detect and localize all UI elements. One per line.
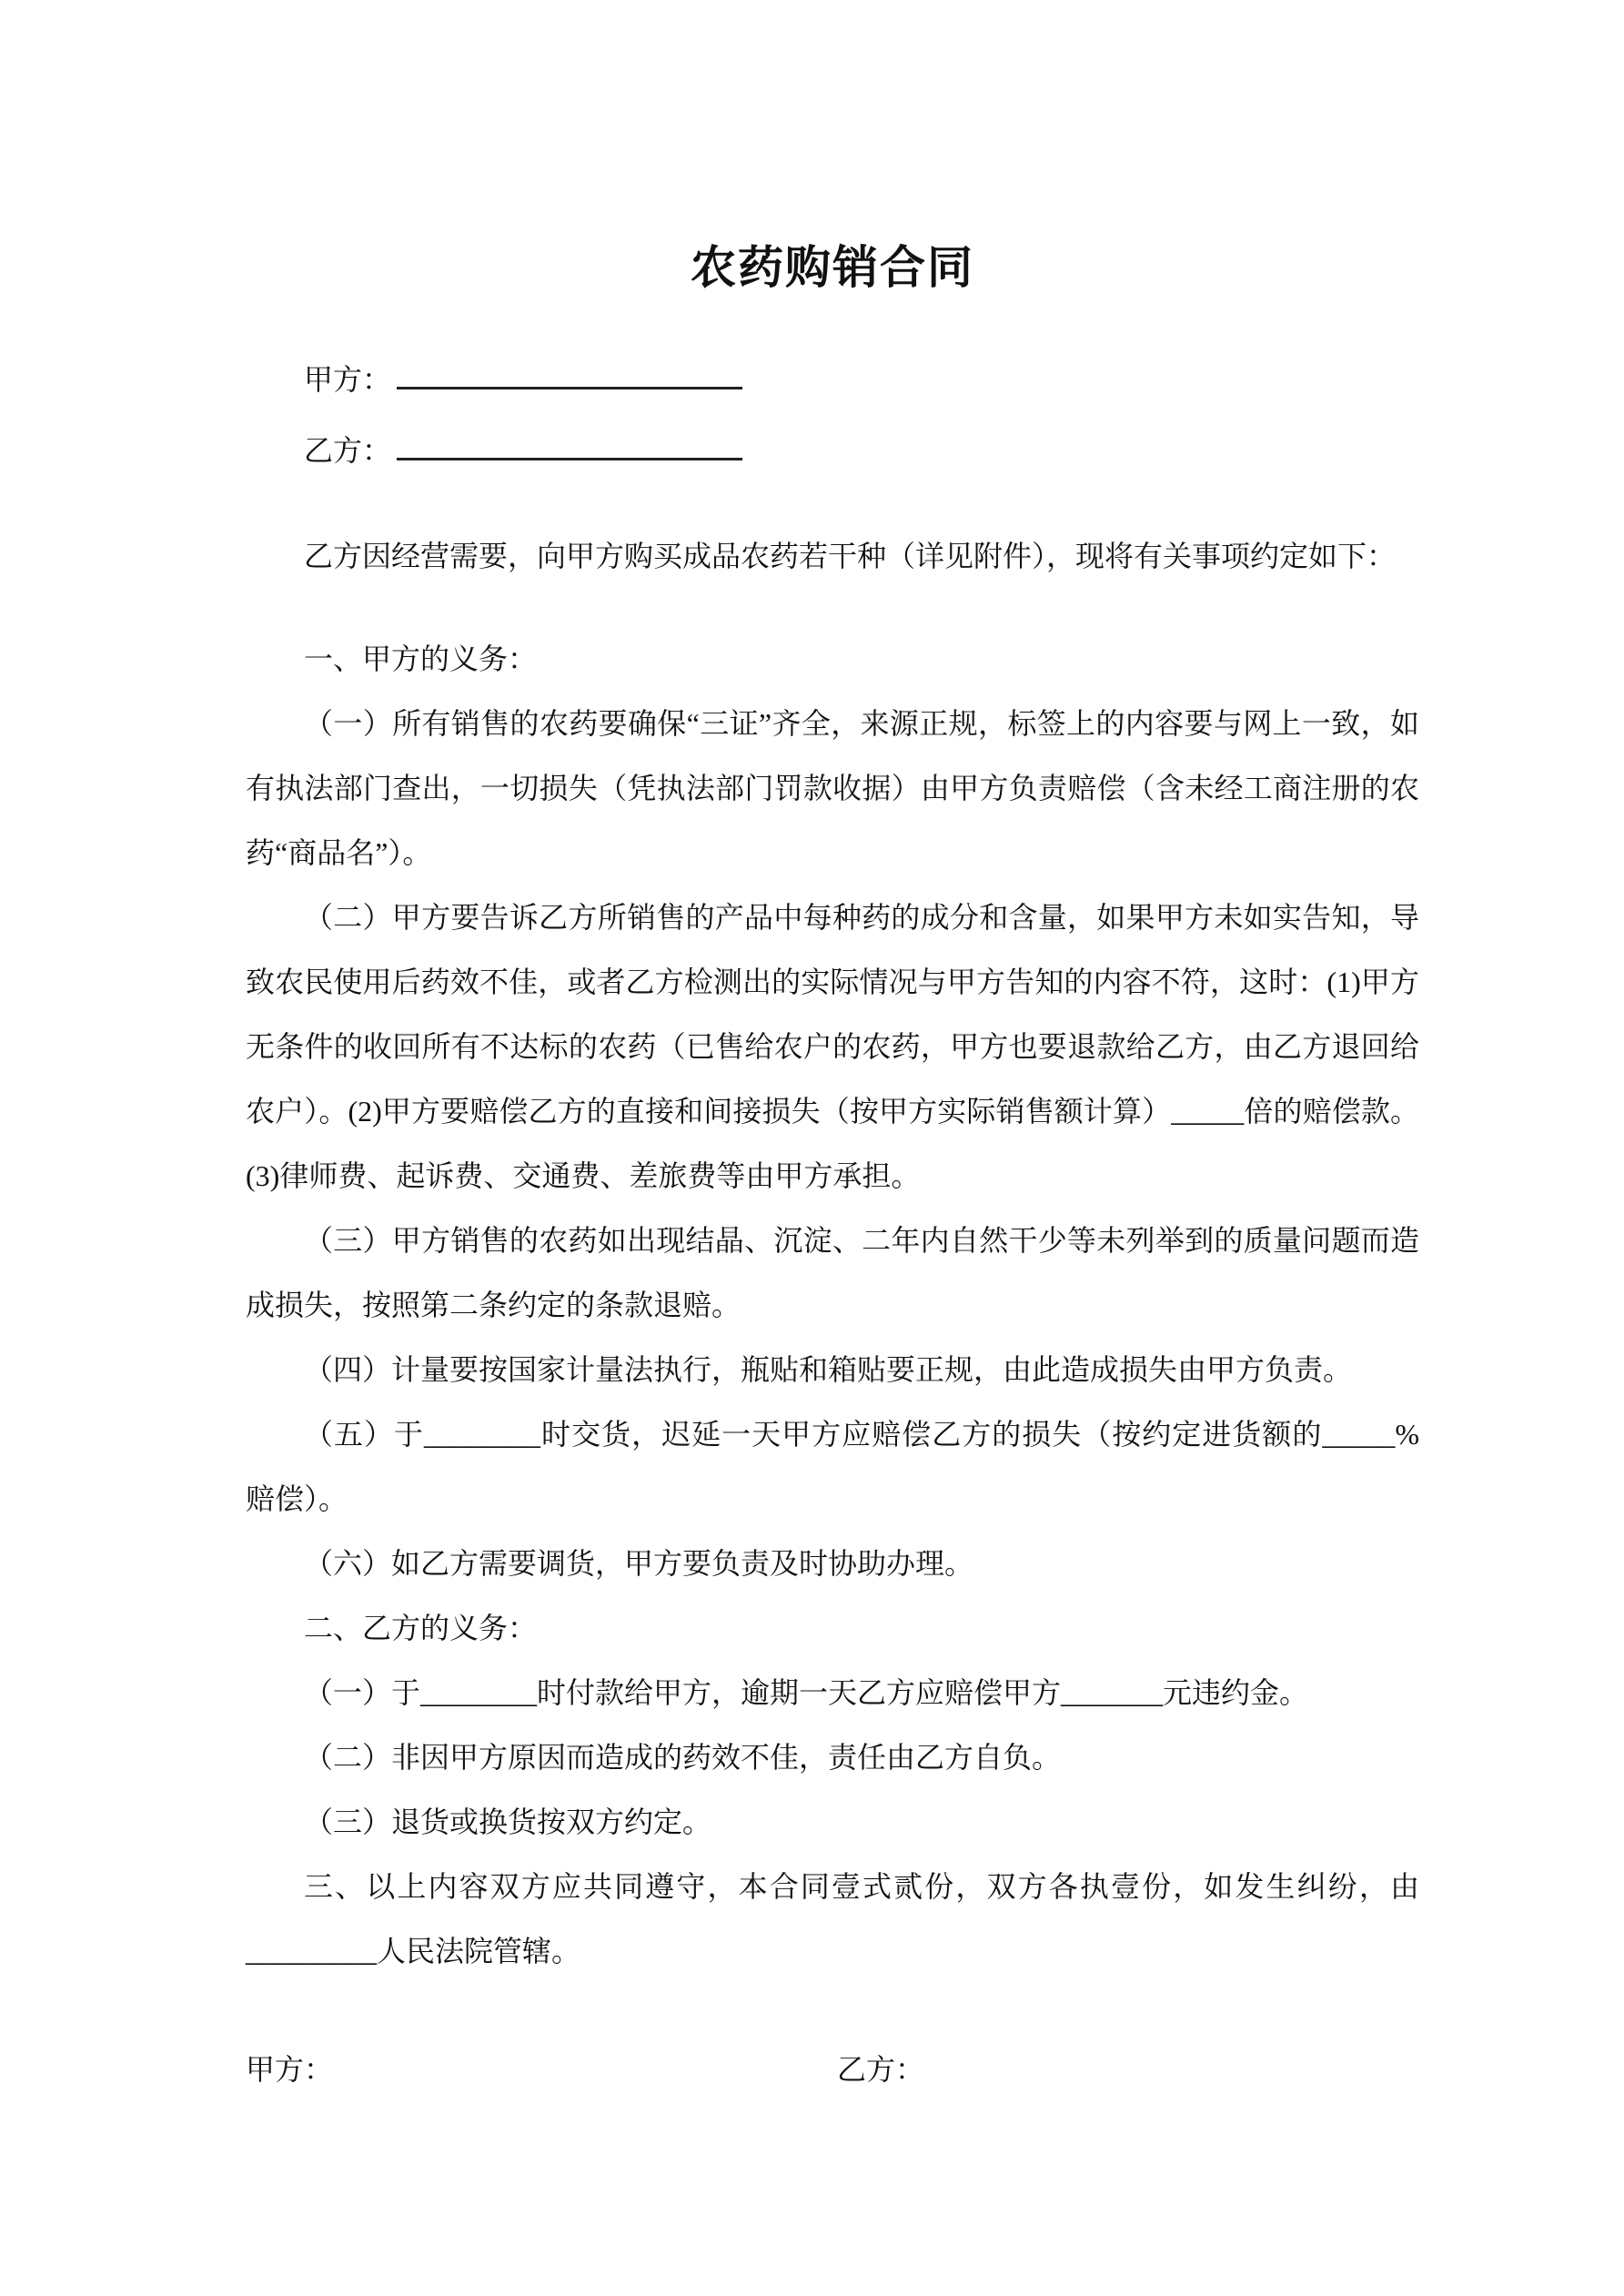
page-title: 农药购销合同 — [246, 235, 1419, 300]
signature-line: 甲方： 乙方： — [246, 2037, 1419, 2102]
party-a-line: 甲方： — [304, 344, 1419, 415]
section1-heading: 一、甲方的义务： — [246, 627, 1419, 692]
party-a-blank-field[interactable] — [397, 356, 742, 389]
footer-party-a-label: 甲方： — [246, 2037, 837, 2102]
section1-item-1: （一）所有销售的农药要确保“三证”齐全，来源正规，标签上的内容要与网上一致，如有… — [246, 692, 1419, 885]
section2-item-3: （三）退货或换货按双方约定。 — [246, 1790, 1419, 1855]
section1-item-2: （二）甲方要告诉乙方所销售的产品中每种药的成分和含量，如果甲方未如实告知，导致农… — [246, 885, 1419, 1209]
party-b-label: 乙方： — [304, 434, 391, 467]
section1-item-6: （六）如乙方需要调货，甲方要负责及时协助办理。 — [246, 1532, 1419, 1596]
intro-paragraph: 乙方因经营需要，向甲方购买成品农药若干种（详见附件），现将有关事项约定如下： — [246, 524, 1419, 589]
section1-item-3: （三）甲方销售的农药如出现结晶、沉淀、二年内自然干少等未列举到的质量问题而造成损… — [246, 1209, 1419, 1338]
section3-clause: 三、以上内容双方应共同遵守，本合同壹式贰份，双方各执壹份，如发生纠纷，由____… — [246, 1855, 1419, 1984]
spacer — [246, 589, 1419, 627]
section2-item-2: （二）非因甲方原因而造成的药效不佳，责任由乙方自负。 — [246, 1725, 1419, 1790]
party-b-blank-field[interactable] — [397, 427, 742, 460]
contract-page: 农药购销合同 甲方： 乙方： 乙方因经营需要，向甲方购买成品农药若干种（详见附件… — [0, 0, 1624, 2296]
section2-item-1: （一）于________时付款给甲方，逾期一天乙方应赔偿甲方_______元违约… — [246, 1661, 1419, 1725]
party-a-label: 甲方： — [304, 363, 391, 396]
footer-party-b-label: 乙方： — [837, 2037, 924, 2102]
party-b-line: 乙方： — [304, 415, 1419, 486]
section1-item-5: （五）于________时交货，迟延一天甲方应赔偿乙方的损失（按约定进货额的__… — [246, 1402, 1419, 1532]
section1-item-4: （四）计量要按国家计量法执行，瓶贴和箱贴要正规，由此造成损失由甲方负责。 — [246, 1338, 1419, 1402]
section2-heading: 二、乙方的义务： — [246, 1596, 1419, 1661]
contract-content: 农药购销合同 甲方： 乙方： 乙方因经营需要，向甲方购买成品农药若干种（详见附件… — [0, 0, 1624, 2102]
spacer — [246, 486, 1419, 524]
